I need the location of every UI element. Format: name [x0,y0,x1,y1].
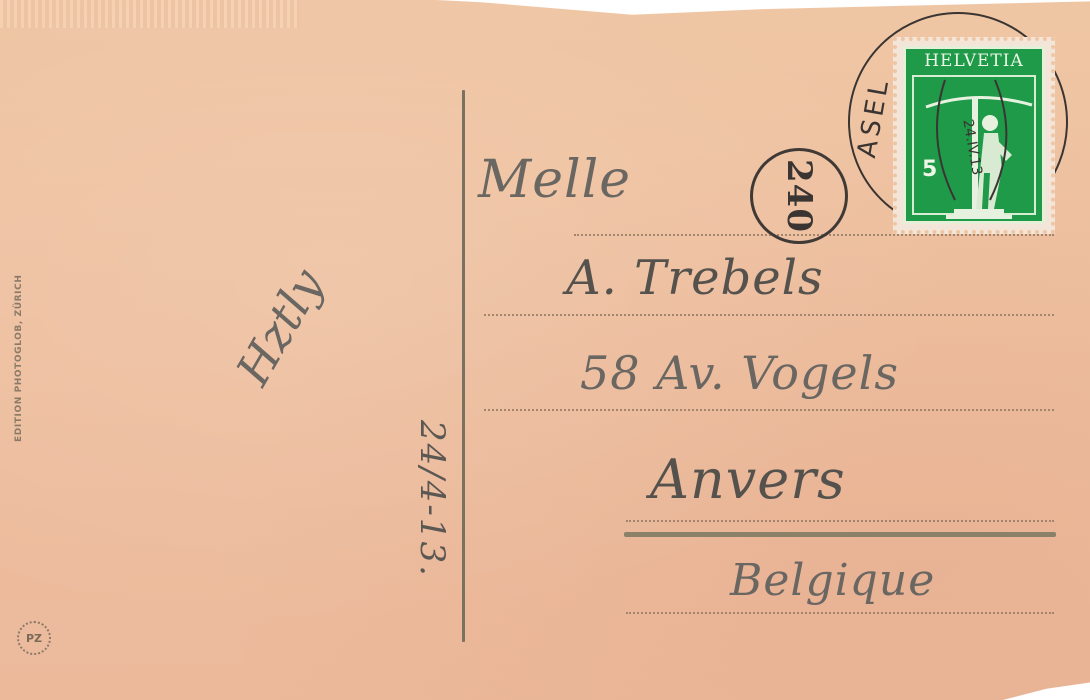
address-line-5 [626,612,1054,614]
publisher-logo-icon: PZ [17,621,51,655]
address-line-2 [484,314,1054,316]
address-street: 58 Av. Vogels [580,346,899,400]
handwritten-date: 24/4-13. [412,420,452,578]
address-salutation: Melle [478,150,631,210]
rate-handstamp: 240 [750,148,848,244]
handwritten-signature: Hztly [226,260,335,394]
address-recipient: A. Trebels [566,250,824,306]
address-country: Belgique [730,555,935,606]
address-underline [624,532,1056,537]
rate-handstamp-text: 240 [779,159,819,233]
address-line-4 [626,520,1054,522]
divider-line [462,90,465,642]
postmark-cancel-icon: 24.IV.13 [935,70,1015,210]
address-line-3 [484,409,1054,411]
paper-wear [0,0,300,28]
publisher-logo-text: PZ [26,632,42,645]
postcard-back: EDITION PHOTOGLOB, ZÜRICH PZ Hztly 24/4-… [0,0,1090,700]
svg-text:24.IV.13: 24.IV.13 [959,118,985,176]
address-city: Anvers [650,448,846,511]
publisher-imprint: EDITION PHOTOGLOB, ZÜRICH [14,275,24,442]
